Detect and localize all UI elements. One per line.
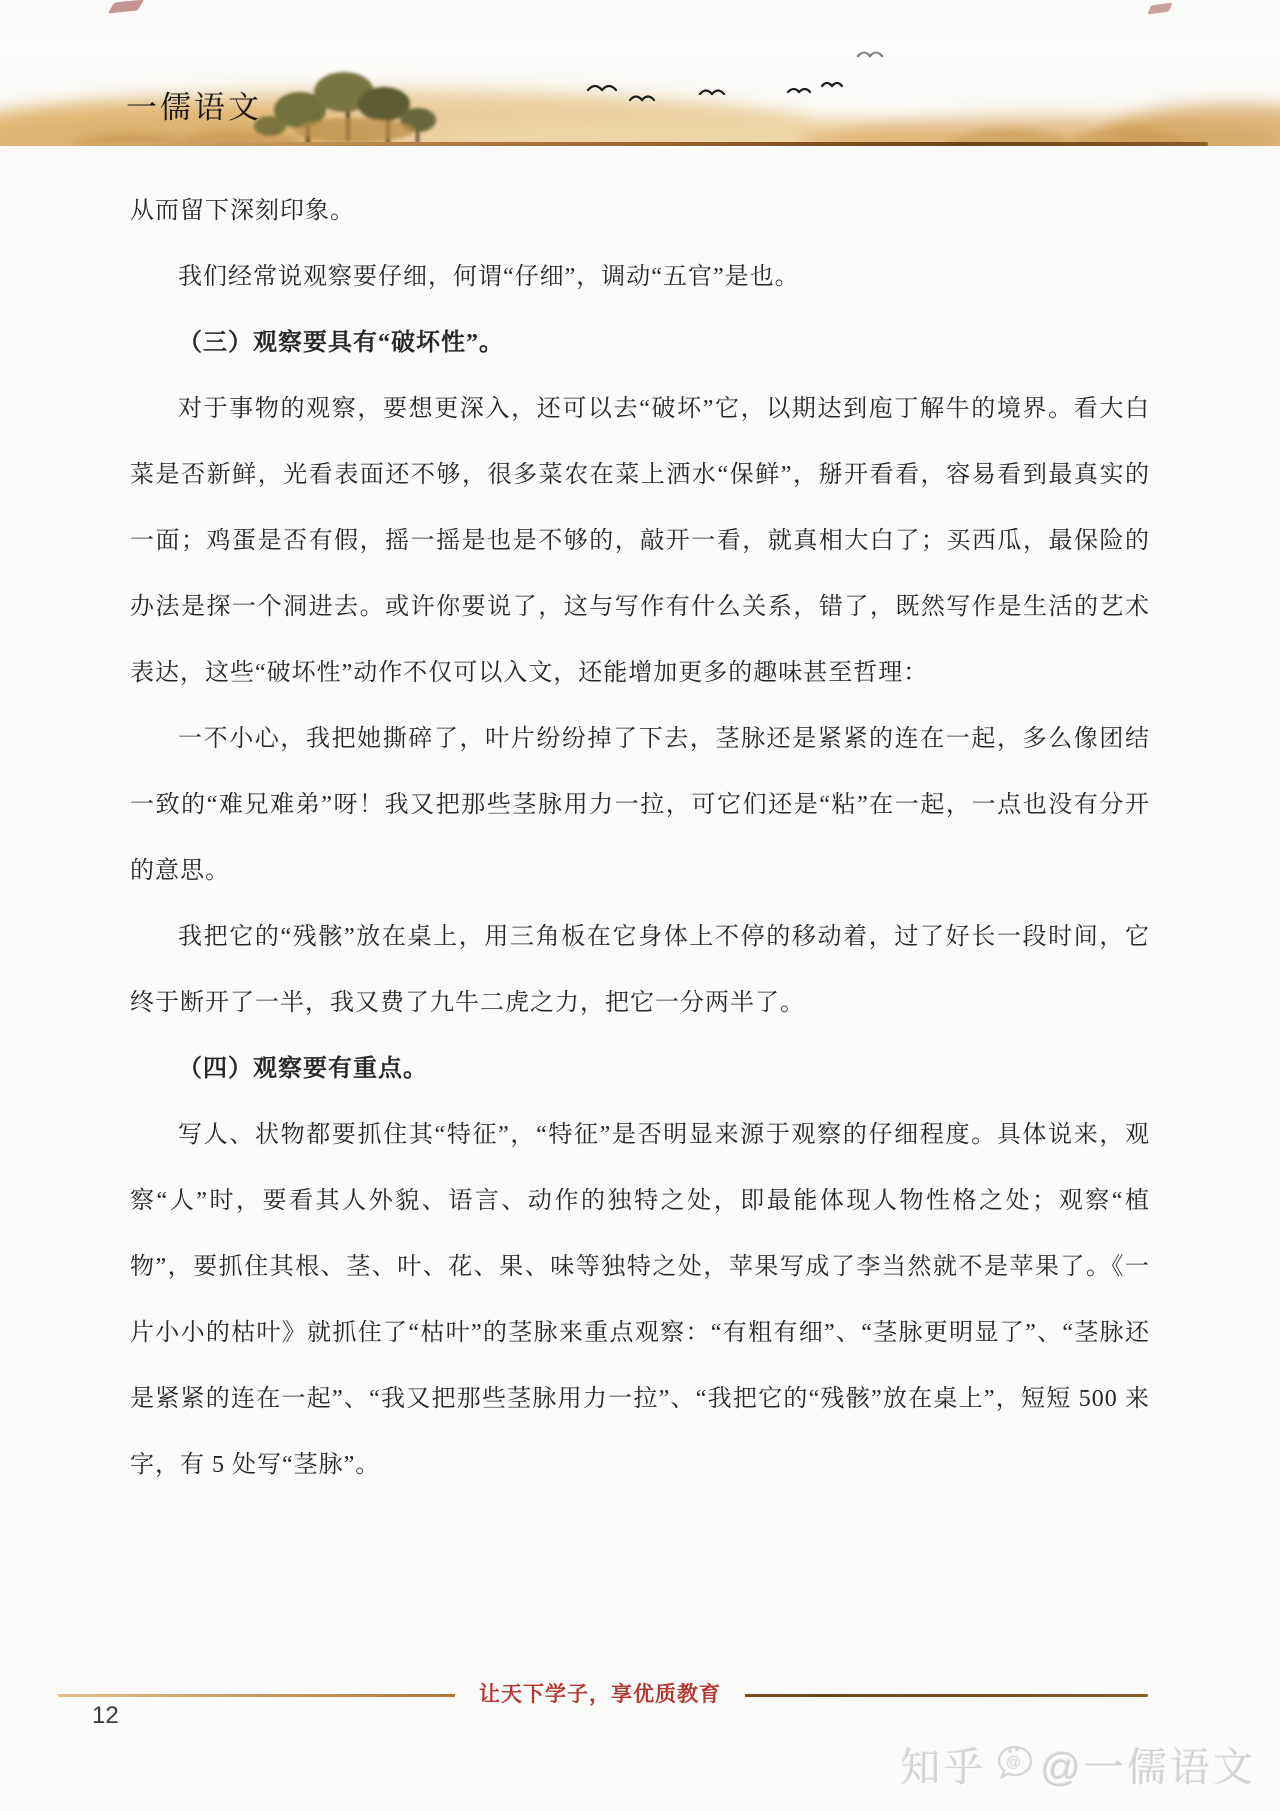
section-heading: （三）观察要具有“破坏性”。	[130, 310, 1150, 376]
document-page: 一儒语文 从而留下深刻印象。我们经常说观察要仔细，何谓“仔细”，调动“五官”是也…	[0, 0, 1280, 1811]
paragraph: 写人、状物都要抓住其“特征”，“特征”是否明显来源于观察的仔细程度。具体说来，观…	[130, 1102, 1150, 1498]
paragraph: 一不小心，我把她撕碎了，叶片纷纷掉了下去，茎脉还是紧紧的连在一起，多么像团结一致…	[130, 706, 1150, 904]
svg-text:@: @	[1006, 1754, 1024, 1771]
paragraph: 我们经常说观察要仔细，何谓“仔细”，调动“五官”是也。	[130, 244, 1150, 310]
watermark-prefix: 知乎	[900, 1736, 986, 1793]
watermark-suffix: @一儒语文	[1040, 1736, 1256, 1793]
footer-slogan: 让天下学子，享优质教育	[455, 1682, 745, 1708]
page-number: 12	[92, 1702, 119, 1730]
watermark: 知乎 @ @一儒语文	[900, 1736, 1256, 1793]
page-header: 一儒语文	[0, 0, 1280, 150]
section-heading: （四）观察要有重点。	[130, 1036, 1150, 1102]
brand-logo-text: 一儒语文	[126, 82, 262, 127]
paragraph: 对于事物的观察，要想更深入，还可以去“破坏”它，以期达到庖丁解牛的境界。看大白菜…	[130, 376, 1150, 706]
corner-mark-icon	[108, 0, 144, 13]
paragraph: 我把它的“残骸”放在桌上，用三角板在它身体上不停的移动着，过了好长一段时间，它终…	[130, 904, 1150, 1036]
document-body: 从而留下深刻印象。我们经常说观察要仔细，何谓“仔细”，调动“五官”是也。（三）观…	[130, 150, 1150, 1498]
zhihu-bubble-icon: @	[994, 1741, 1036, 1783]
paragraph: 从而留下深刻印象。	[130, 178, 1150, 244]
corner-mark-icon	[1147, 3, 1172, 15]
header-divider-line	[70, 142, 1208, 146]
